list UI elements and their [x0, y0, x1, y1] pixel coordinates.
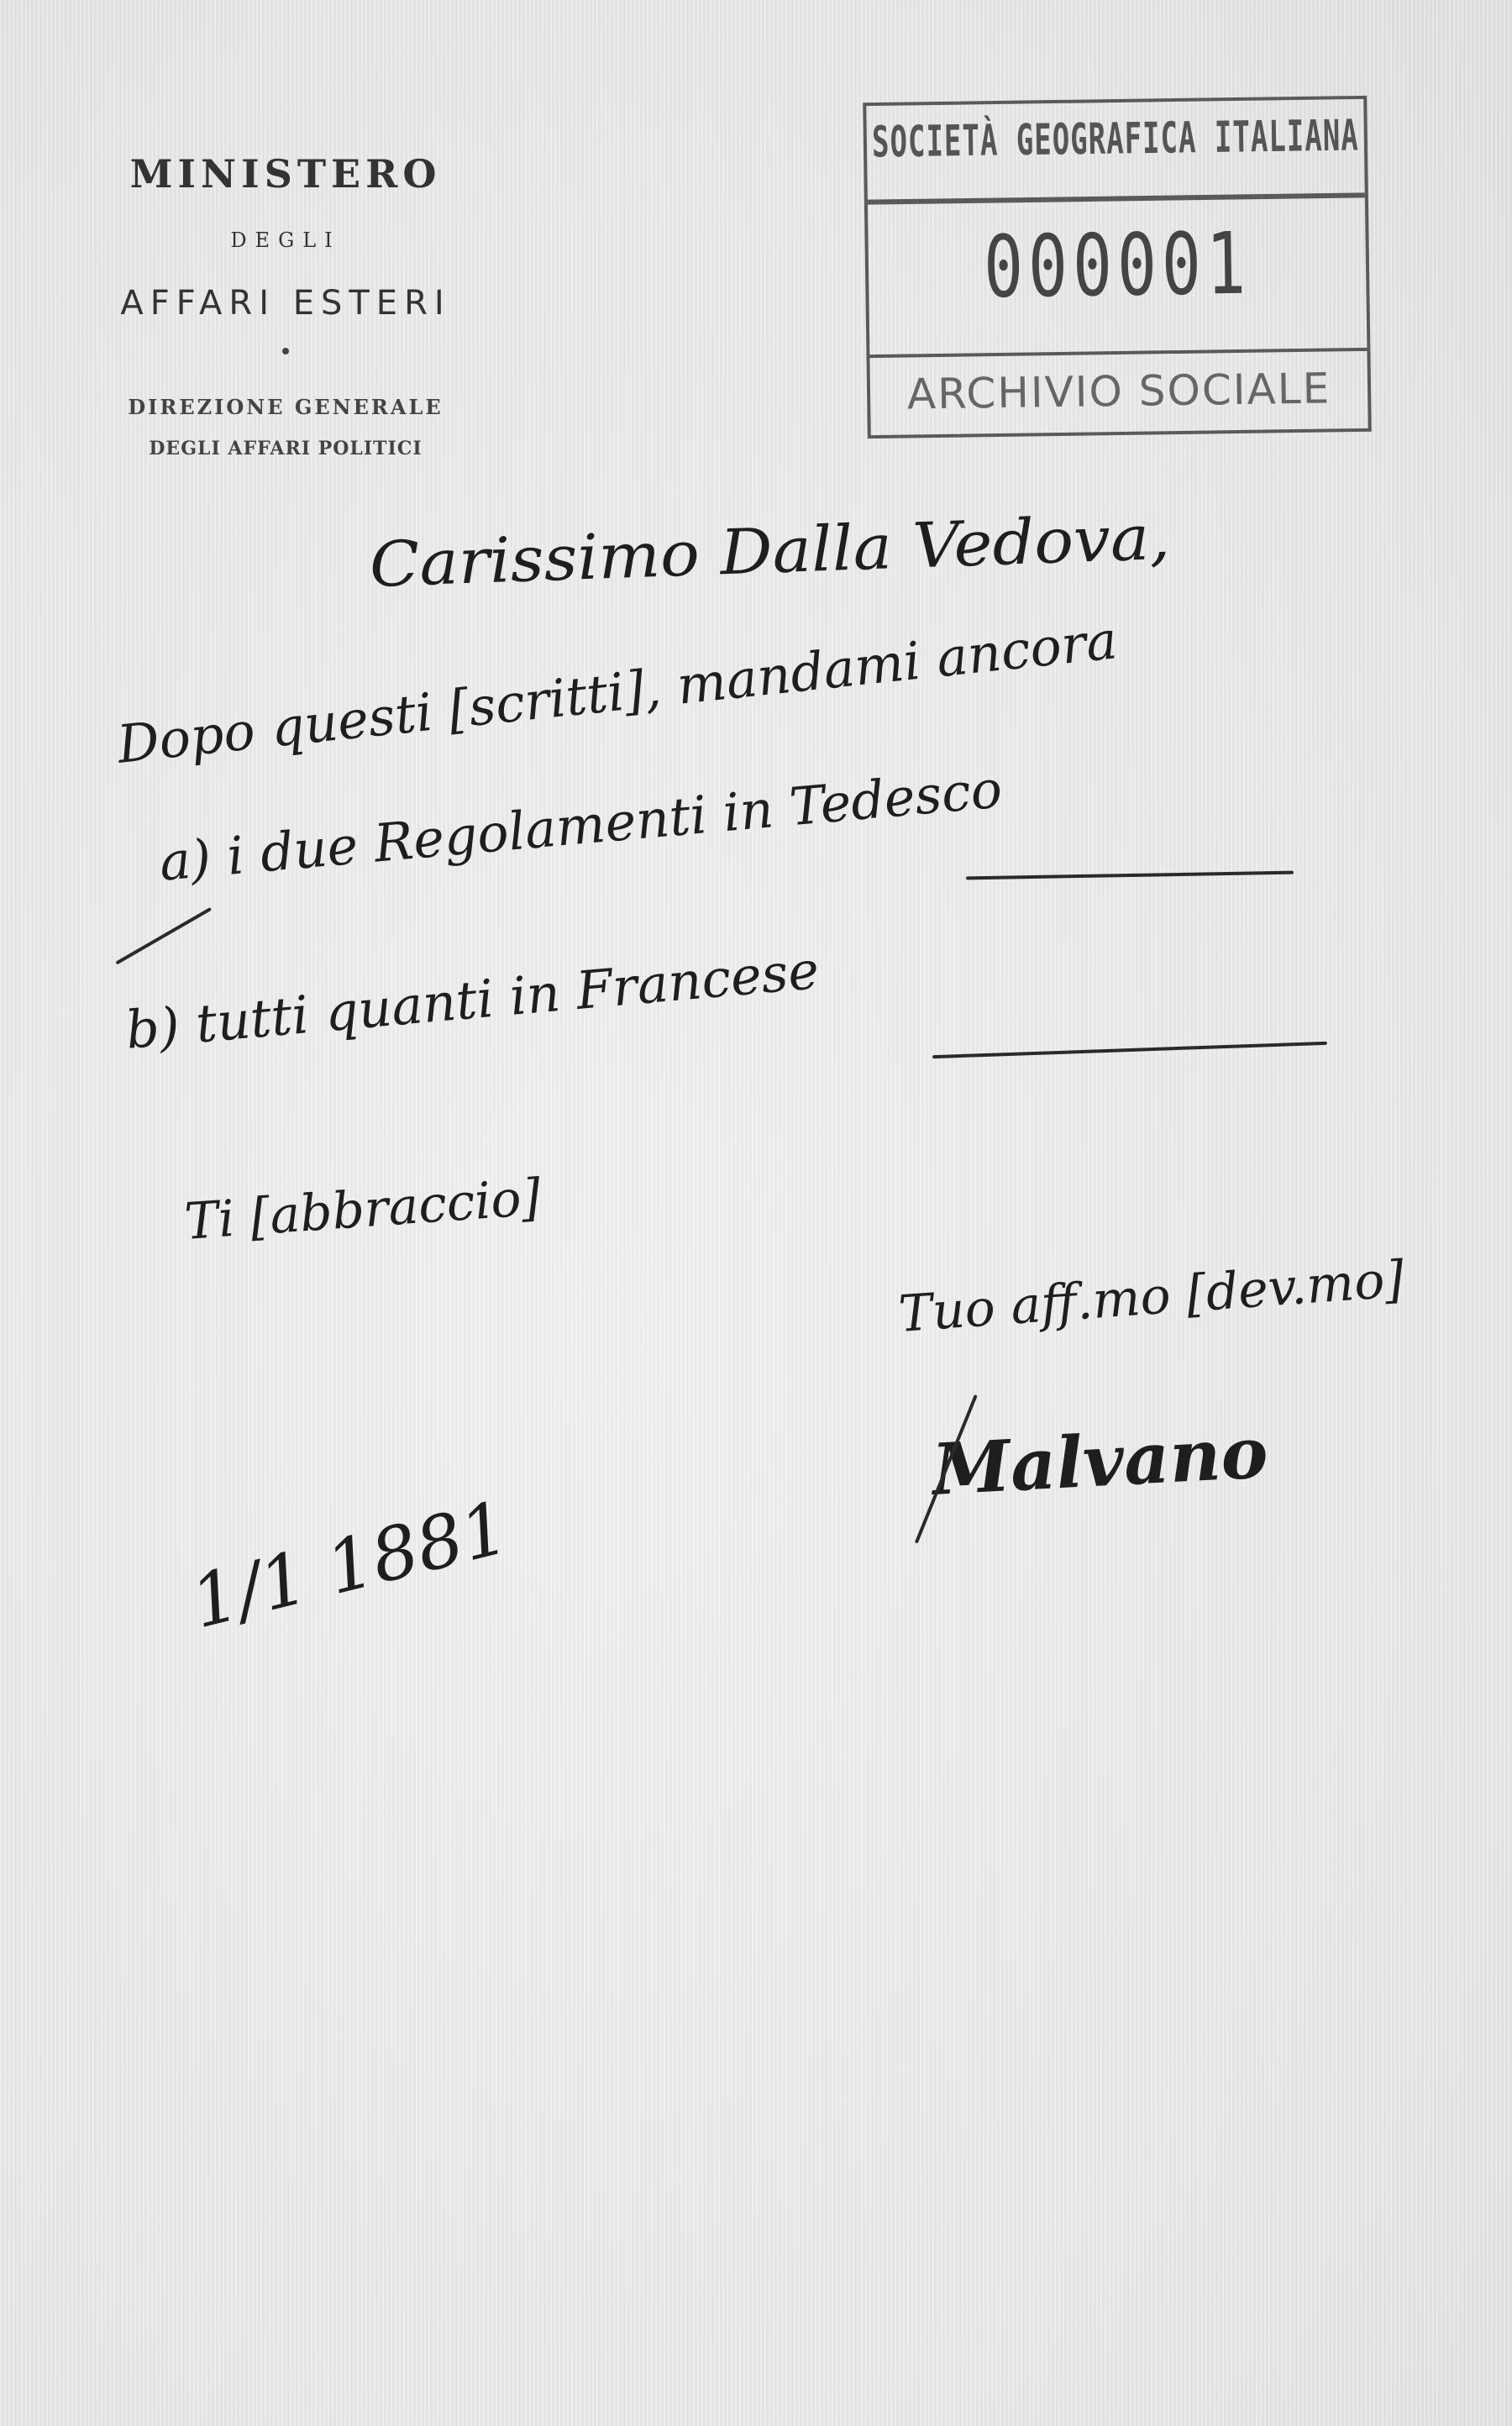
bracket-stroke-a: [115, 907, 212, 964]
letter-signature: Malvano: [930, 1410, 1269, 1511]
letterhead-department: AFFARI ESTERI: [50, 284, 521, 323]
stamp-number: 000001: [867, 153, 1368, 381]
letter-line-2: a) i due Regolamenti in Tedesco: [157, 758, 1005, 892]
letter-date: 1/1 1881: [183, 1485, 517, 1645]
letterhead-direction: DIREZIONE GENERALE: [50, 395, 521, 419]
letterhead-office: DEGLI AFFARI POLITICI: [50, 438, 521, 459]
underline-francese: [932, 1042, 1327, 1058]
letter-closing: Tuo aff.mo [dev.mo]: [897, 1250, 1406, 1344]
letter-salutation: Carissimo Dalla Vedova,: [368, 501, 1171, 601]
letter-line-1: Dopo questi [scritti], mandami ancora: [114, 609, 1120, 775]
letterhead-dot: [282, 348, 289, 354]
letter-line-3: b) tutti quanti in Francese: [123, 939, 822, 1061]
letterhead-ministry: MINISTERO: [50, 151, 521, 197]
archive-stamp: SOCIETÀ GEOGRAFICA ITALIANA 000001 ARCHI…: [863, 96, 1372, 438]
letterhead-degli: DEGLI: [50, 228, 521, 252]
underline-tedesco: [966, 871, 1294, 880]
letter-line-4: Ti [abbraccio]: [183, 1168, 543, 1251]
letterhead: MINISTERO DEGLI AFFARI ESTERI DIREZIONE …: [50, 134, 521, 459]
